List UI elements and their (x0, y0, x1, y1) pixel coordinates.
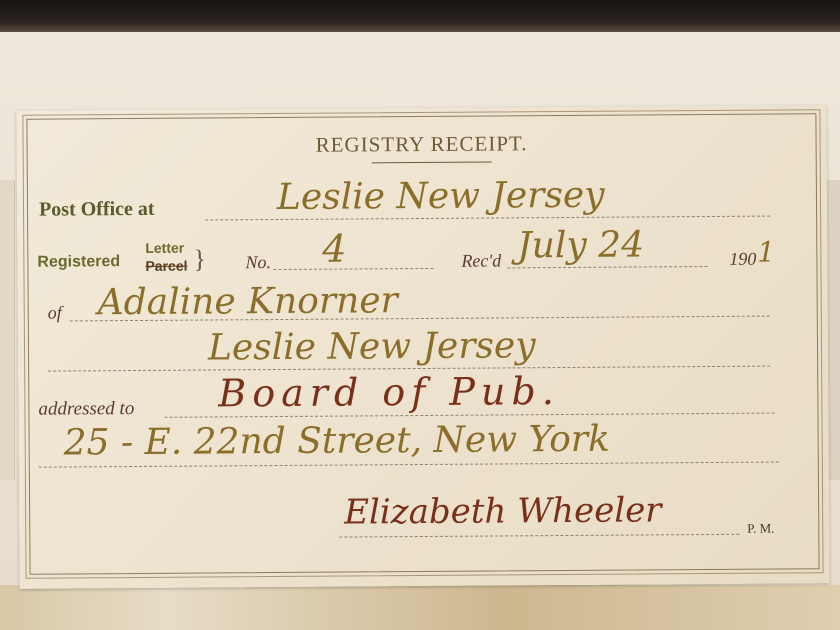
frame-edge (0, 0, 840, 32)
registry-receipt-card: REGISTRY RECEIPT. Post Office at Leslie … (16, 105, 829, 589)
registered-label: Registered (37, 253, 120, 272)
addressee-street: 25 - E. 22nd Street, New York (64, 419, 610, 464)
of-label: of (48, 303, 62, 324)
brace: } (193, 245, 206, 275)
adjacent-document-left (0, 180, 15, 480)
bottom-paper-strip (0, 585, 840, 630)
sender-address: Leslie New Jersey (208, 325, 536, 368)
year-prefix: 190 (729, 249, 756, 270)
year-suffix: 1 (757, 236, 775, 269)
sender-name: Adaline Knorner (98, 280, 398, 323)
addressed-to-label: addressed to (38, 398, 134, 421)
recd-label: Rec'd (461, 250, 501, 271)
recd-value: July 24 (517, 224, 644, 266)
post-office-label: Post Office at (39, 198, 155, 222)
no-label: No. (245, 252, 271, 273)
no-value: 4 (322, 227, 346, 271)
type-parcel-struck: Parcel (145, 258, 187, 274)
addressee: Board of Pub. (218, 369, 560, 415)
type-letter: Letter (145, 240, 184, 256)
pm-label: P. M. (747, 521, 774, 537)
post-office-value: Leslie New Jersey (277, 175, 605, 218)
postmaster-signature: Elizabeth Wheeler (344, 490, 662, 532)
